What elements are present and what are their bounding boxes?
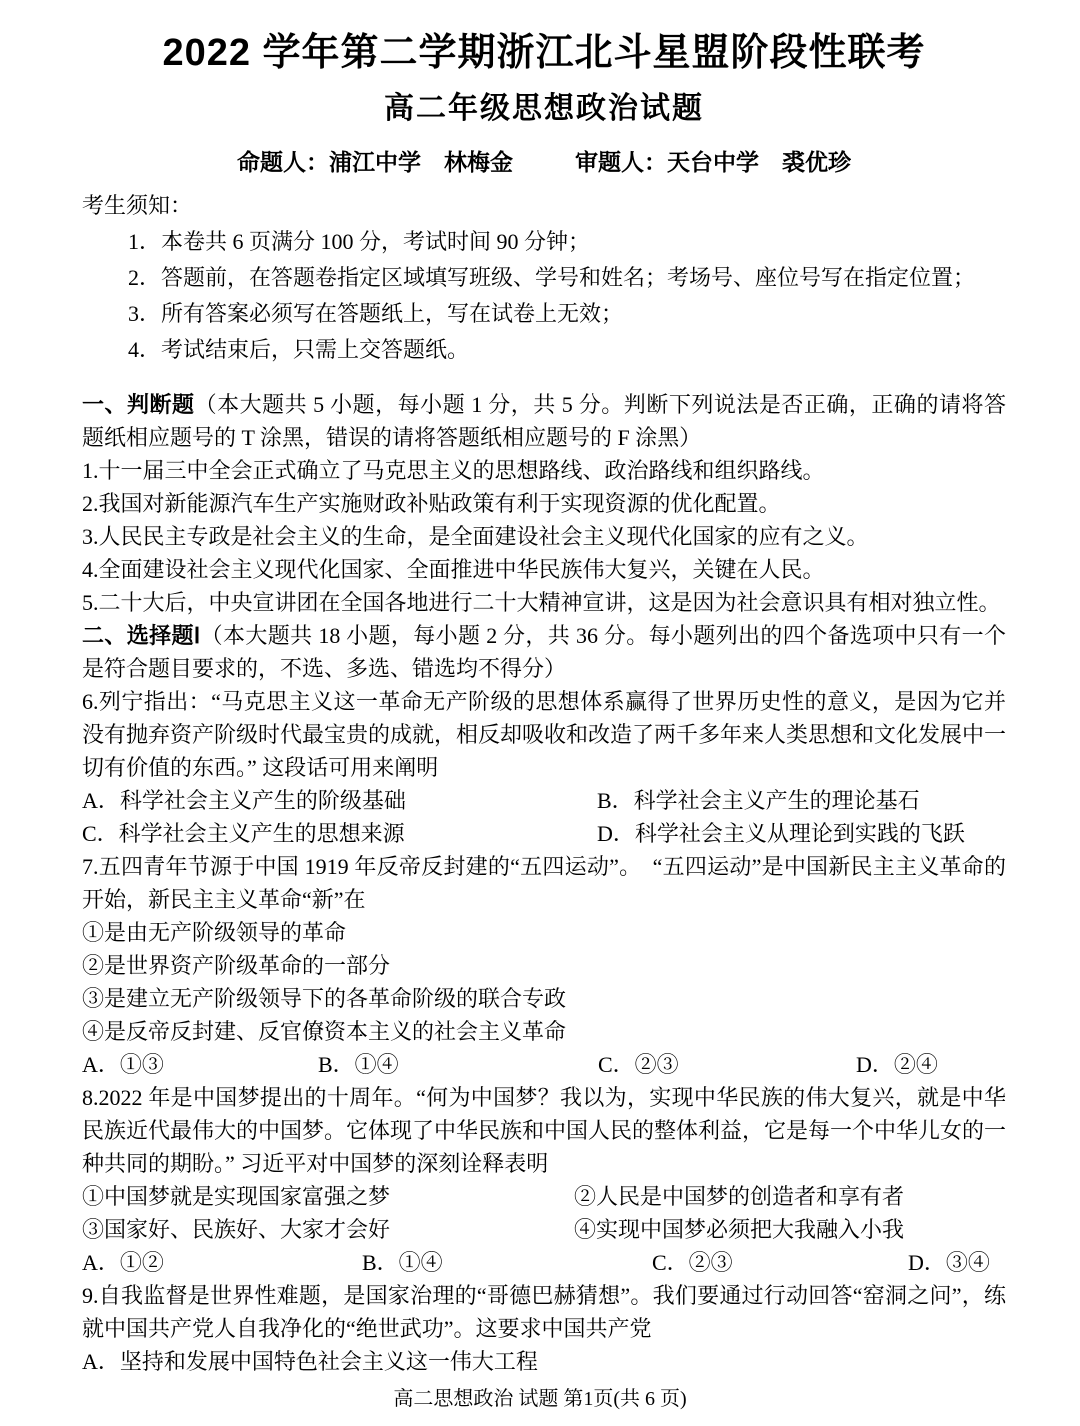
question-8-subitems-row-2: ③国家好、民族好、大家才会好 ④实现中国梦必须把大我融入小我 bbox=[82, 1213, 1006, 1246]
section1-heading-title: 一、判断题 bbox=[82, 392, 195, 417]
q6-option-d: D．科学社会主义从理论到实践的飞跃 bbox=[597, 817, 965, 850]
q8-subitem-1: ①中国梦就是实现国家富强之梦 bbox=[82, 1180, 574, 1213]
question-6-stem: 6.列宁指出：“马克思主义这一革命无产阶级的思想体系赢得了世界历史性的意义，是因… bbox=[82, 685, 1006, 784]
q7-subitem-1: ①是由无产阶级领导的革命 bbox=[82, 916, 1006, 949]
q7-option-b: B．①④ bbox=[318, 1048, 598, 1081]
question-7-stem: 7.五四青年节源于中国 1919 年反帝反封建的“五四运动”。 “五四运动”是中… bbox=[82, 850, 1006, 916]
q7-option-d: D．②④ bbox=[856, 1048, 938, 1081]
q8-option-c: C．②③ bbox=[652, 1246, 908, 1279]
section2-heading-note: （本大题共 18 小题，每小题 2 分，共 36 分。每小题列出的四个备选项中只… bbox=[82, 623, 1006, 681]
judgment-item-3: 3.人民民主专政是社会主义的生命，是全面建设社会主义现代化国家的应有之义。 bbox=[82, 520, 1006, 553]
q7-option-c: C．②③ bbox=[598, 1048, 856, 1081]
q8-option-a: A．①② bbox=[82, 1246, 362, 1279]
judgment-item-2: 2.我国对新能源汽车生产实施财政补贴政策有利于实现资源的优化配置。 bbox=[82, 487, 1006, 520]
q7-option-a: A．①③ bbox=[82, 1048, 318, 1081]
exam-paper-page: 2022 学年第二学期浙江北斗星盟阶段性联考 高二年级思想政治试题 命题人：浦江… bbox=[0, 0, 1080, 1426]
question-8-stem: 8.2022 年是中国梦提出的十周年。“何为中国梦？我以为，实现中华民族的伟大复… bbox=[82, 1081, 1006, 1180]
question-8-options-row: A．①② B．①④ C．②③ D．③④ bbox=[82, 1246, 1006, 1279]
section1-heading-note: （本大题共 5 小题，每小题 1 分，共 5 分。判断下列说法是否正确，正确的请… bbox=[82, 392, 1006, 450]
question-8-subitems-row-1: ①中国梦就是实现国家富强之梦 ②人民是中国梦的创造者和享有者 bbox=[82, 1180, 1006, 1213]
exam-body: 一、判断题（本大题共 5 小题，每小题 1 分，共 5 分。判断下列说法是否正确… bbox=[82, 388, 1006, 1378]
page-content: 2022 学年第二学期浙江北斗星盟阶段性联考 高二年级思想政治试题 命题人：浦江… bbox=[0, 26, 1080, 1378]
section2-heading: 二、选择题Ⅰ（本大题共 18 小题，每小题 2 分，共 36 分。每小题列出的四… bbox=[82, 619, 1006, 685]
q6-option-b: B．科学社会主义产生的理论基石 bbox=[597, 784, 920, 817]
question-6-options-row-2: C．科学社会主义产生的思想来源 D．科学社会主义从理论到实践的飞跃 bbox=[82, 817, 1006, 850]
q6-option-c: C．科学社会主义产生的思想来源 bbox=[82, 817, 597, 850]
q8-option-b: B．①④ bbox=[362, 1246, 652, 1279]
judgment-item-5: 5.二十大后，中央宣讲团在全国各地进行二十大精神宣讲，这是因为社会意识具有相对独… bbox=[82, 586, 1006, 619]
q8-subitem-4: ④实现中国梦必须把大我融入小我 bbox=[574, 1213, 904, 1246]
notice-item: 3．所有答案必须写在答题纸上，写在试卷上无效； bbox=[82, 296, 1006, 332]
question-7-options-row: A．①③ B．①④ C．②③ D．②④ bbox=[82, 1048, 1006, 1081]
exam-subtitle: 高二年级思想政治试题 bbox=[82, 88, 1006, 130]
question-6-options-row-1: A．科学社会主义产生的阶级基础 B．科学社会主义产生的理论基石 bbox=[82, 784, 1006, 817]
notice-item: 4．考试结束后，只需上交答题纸。 bbox=[82, 332, 1006, 368]
page-title: 2022 学年第二学期浙江北斗星盟阶段性联考 bbox=[92, 26, 996, 80]
q9-option-a: A．坚持和发展中国特色社会主义这一伟大工程 bbox=[82, 1345, 1006, 1378]
page-footer: 高二思想政治 试题 第1页(共 6 页) bbox=[0, 1386, 1080, 1412]
section1-heading: 一、判断题（本大题共 5 小题，每小题 1 分，共 5 分。判断下列说法是否正确… bbox=[82, 388, 1006, 454]
notice-item: 2．答题前，在答题卷指定区域填写班级、学号和姓名；考场号、座位号写在指定位置； bbox=[82, 260, 1006, 296]
authors-line: 命题人：浦江中学 林梅金 审题人：天台中学 裘优珍 bbox=[82, 146, 1006, 178]
question-9-stem: 9.自我监督是世界性难题，是国家治理的“哥德巴赫猜想”。我们要通过行动回答“窑洞… bbox=[82, 1279, 1006, 1345]
question-setter: 命题人：浦江中学 林梅金 bbox=[237, 146, 513, 178]
judgment-item-4: 4.全面建设社会主义现代化国家、全面推进中华民族伟大复兴，关键在人民。 bbox=[82, 553, 1006, 586]
q8-subitem-3: ③国家好、民族好、大家才会好 bbox=[82, 1213, 574, 1246]
notice-item: 1．本卷共 6 页满分 100 分，考试时间 90 分钟； bbox=[82, 224, 1006, 260]
q6-option-a: A．科学社会主义产生的阶级基础 bbox=[82, 784, 597, 817]
section2-heading-title: 二、选择题Ⅰ bbox=[82, 623, 201, 648]
q7-subitem-3: ③是建立无产阶级领导下的各革命阶级的联合专政 bbox=[82, 982, 1006, 1015]
q8-option-d: D．③④ bbox=[908, 1246, 990, 1279]
notice-label: 考生须知： bbox=[82, 188, 1006, 224]
q7-subitem-4: ④是反帝反封建、反官僚资本主义的社会主义革命 bbox=[82, 1015, 1006, 1048]
notice-section: 考生须知： 1．本卷共 6 页满分 100 分，考试时间 90 分钟； 2．答题… bbox=[82, 188, 1006, 368]
q7-subitem-2: ②是世界资产阶级革命的一部分 bbox=[82, 949, 1006, 982]
judgment-item-1: 1.十一届三中全会正式确立了马克思主义的思想路线、政治路线和组织路线。 bbox=[82, 454, 1006, 487]
q8-subitem-2: ②人民是中国梦的创造者和享有者 bbox=[574, 1180, 904, 1213]
question-reviewer: 审题人：天台中学 裘优珍 bbox=[575, 146, 851, 178]
